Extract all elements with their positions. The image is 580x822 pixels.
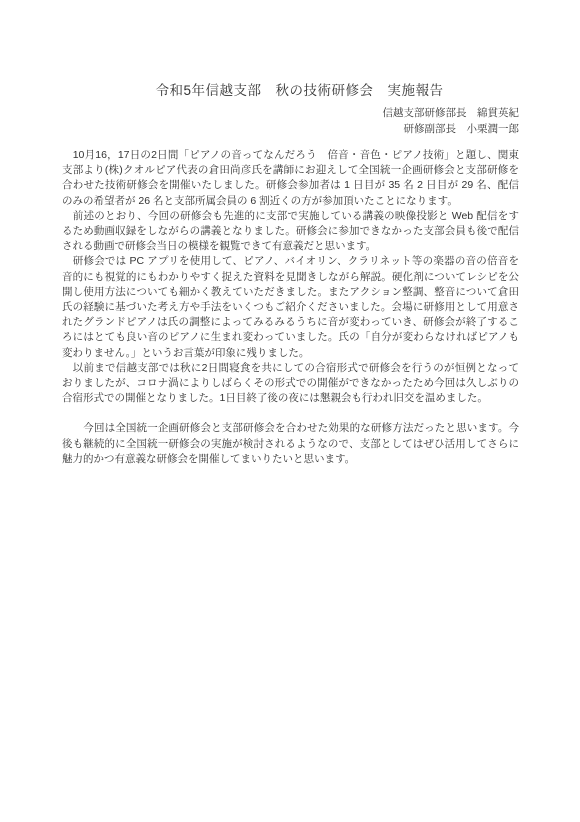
document-page: 令和5年信越支部 秋の技術研修会 実施報告 信越支部研修部長 綿貫英紀 研修副部… xyxy=(0,0,580,822)
page-title: 令和5年信越支部 秋の技術研修会 実施報告 xyxy=(62,82,519,100)
document-content: 令和5年信越支部 秋の技術研修会 実施報告 信越支部研修部長 綿貫英紀 研修副部… xyxy=(62,82,519,467)
paragraph-video-streaming: 前述のとおり、今回の研修会も先進的に支部で実施している講義の映像投影と Web … xyxy=(62,209,519,255)
report-body: 10月16，17日の2日間「ピアノの音ってなんだろう 倍音・音色・ピアノ技術」と… xyxy=(62,148,519,467)
paragraph-conclusion: 今回は全国統一企画研修会と支部研修会を合わせた効果的な研修方法だったと思います。… xyxy=(62,421,519,467)
byline-block: 信越支部研修部長 綿貫英紀 研修副部長 小栗潤一郎 xyxy=(62,106,519,137)
paragraph-session-details: 研修会では PC アプリを使用して、ピアノ、バイオリン、クラリネット等の楽器の音… xyxy=(62,254,519,360)
byline-deputy-director: 研修副部長 小栗潤一郎 xyxy=(62,122,519,138)
paragraph-overview: 10月16，17日の2日間「ピアノの音ってなんだろう 倍音・音色・ピアノ技術」と… xyxy=(62,148,519,209)
paragraph-lodging-format: 以前まで信越支部では秋に2日間寝食を共にしての合宿形式で研修会を行うのが恒例とな… xyxy=(62,361,519,407)
byline-training-director: 信越支部研修部長 綿貫英紀 xyxy=(62,106,519,122)
